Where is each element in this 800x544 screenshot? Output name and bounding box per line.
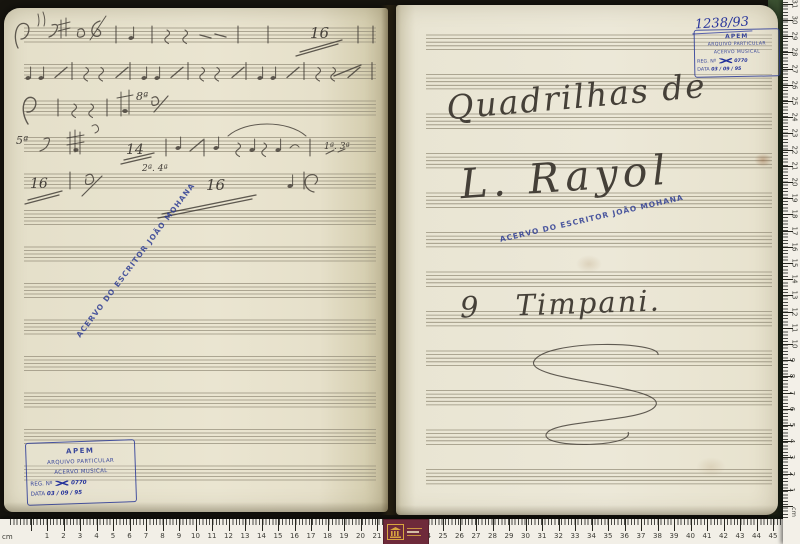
ruler-number: 15 — [274, 532, 283, 540]
ruler-tick — [47, 519, 48, 531]
stamp-line3: ACERVO MUSICAL — [697, 50, 777, 56]
notation-mark — [290, 145, 299, 148]
stamp-date-row: DATA 03 / 09 / 95 — [31, 489, 133, 498]
stamp-reg-value: 0770 — [71, 480, 87, 487]
ruler-number: 23 — [790, 129, 798, 138]
ruler-number: 35 — [604, 532, 613, 540]
ruler-number: 16 — [290, 532, 299, 540]
ruler-number: 39 — [670, 532, 679, 540]
ruler-tick — [163, 519, 164, 531]
ruler-number: 32 — [554, 532, 563, 540]
ruler-number: 6 — [788, 407, 796, 411]
ruler-number: 10 — [790, 340, 798, 349]
ruler-tick — [509, 519, 510, 531]
ruler-number: 27 — [472, 532, 481, 540]
ruler-unit-label: cm — [2, 533, 13, 541]
stamp-line2: ARQUIVO PARTICULAR — [30, 458, 132, 467]
stamp-date-value: 03 / 09 / 95 — [711, 67, 741, 73]
notation-mark — [121, 157, 151, 164]
notation-mark — [262, 143, 267, 157]
notation-label: 1ª. 3ª — [324, 142, 350, 152]
notation-label: 16 — [206, 176, 225, 194]
ruler-number: 21 — [373, 532, 382, 540]
logo-text-lines — [407, 528, 422, 537]
ruler-tick — [146, 519, 147, 531]
right-page: Quadrilhas de L. Rayol 9 Timpani. 1238/9… — [396, 5, 778, 515]
notation-mark — [55, 67, 67, 77]
ruler-tick — [773, 519, 774, 531]
stamp-reg-value: 0770 — [734, 59, 747, 64]
ruler-tick — [311, 519, 312, 531]
archive-stamp-top-right: APEM ARQUIVO PARTICULAR ACERVO MUSICAL R… — [694, 28, 781, 77]
stamp-reg-label: REG. Nº — [697, 60, 716, 65]
ruler-number: 2 — [788, 471, 796, 475]
scribble-strike — [55, 480, 68, 485]
stamp-date-row: DATA 03 / 09 / 95 — [697, 66, 777, 72]
notation-mark — [116, 67, 128, 77]
notation-mark — [15, 23, 29, 48]
notation-mark — [331, 68, 336, 82]
ruler-tick — [707, 519, 708, 531]
ruler-number: 9 — [788, 358, 796, 362]
ruler-tick — [361, 519, 362, 531]
stamp-reg-row: REG. Nº 0770 — [30, 478, 132, 488]
ruler-number: 1 — [45, 532, 49, 540]
ruler-number: 1 — [788, 488, 796, 492]
ruler-tick — [443, 519, 444, 531]
ruler-number: 45 — [769, 532, 778, 540]
ruler-number: 5 — [788, 423, 796, 427]
ruler-number: 22 — [790, 145, 798, 154]
ruler-number: 38 — [653, 532, 662, 540]
ruler-unit-label: cm — [790, 507, 798, 517]
ruler-number: 11 — [208, 532, 217, 540]
scribble-strike — [719, 58, 732, 63]
ruler-tick — [130, 519, 131, 531]
ruler-number: 8 — [788, 374, 796, 378]
stamp-org: APEM — [29, 447, 131, 458]
stamp-reg-row: REG. Nº 0770 — [697, 58, 777, 65]
notation-mark — [200, 68, 205, 82]
ruler-number: 20 — [356, 532, 365, 540]
gutter-shadow — [381, 5, 401, 515]
notation-mark — [58, 22, 70, 25]
notation-mark — [92, 125, 99, 133]
notation-mark — [82, 176, 102, 196]
ruler-number: 40 — [686, 532, 695, 540]
ruler-number: 5 — [111, 532, 115, 540]
ruler-number: 28 — [790, 48, 798, 57]
notation-label: 14 — [126, 142, 144, 158]
ruler-number: 24 — [790, 113, 798, 122]
ruler-number: 27 — [790, 64, 798, 73]
ruler-number: 41 — [703, 532, 712, 540]
ruler-number: 29 — [505, 532, 514, 540]
ruler-tick — [229, 519, 230, 531]
ruler-tick — [608, 519, 609, 531]
ruler-number: 26 — [455, 532, 464, 540]
ruler-number: 28 — [488, 532, 497, 540]
stamp-reg-label: REG. Nº — [30, 481, 52, 488]
ruler-number: 7 — [788, 390, 796, 394]
notation-mark — [190, 140, 203, 151]
notation-mark — [58, 28, 70, 31]
notation-label: 16 — [30, 176, 48, 192]
manuscript-scan: 168ª5ª14162ª. 4ª161ª. 3ª ACERVO DO ESCRI… — [0, 0, 800, 544]
ruler-number: 16 — [790, 242, 798, 251]
notation-mark — [99, 68, 104, 82]
notation-mark — [165, 30, 170, 44]
ruler-number: 20 — [790, 178, 798, 187]
ruler-tick — [542, 519, 543, 531]
stamp-date-value: 03 / 09 / 95 — [47, 490, 82, 497]
ruler-number: 25 — [439, 532, 448, 540]
notation-label: 2ª. 4ª — [142, 164, 168, 174]
notation-mark — [296, 44, 338, 56]
notation-mark — [236, 143, 241, 157]
ruler-number: 11 — [790, 323, 798, 332]
ruler-number: 21 — [790, 161, 798, 170]
notation-mark — [92, 21, 101, 36]
apem-logo — [384, 520, 428, 544]
ruler-number: 34 — [587, 532, 596, 540]
ruler-number: 6 — [127, 532, 131, 540]
left-page-staves — [4, 8, 388, 512]
ruler-tick — [377, 519, 378, 531]
ruler-tick — [740, 519, 741, 531]
ruler-number: 13 — [241, 532, 250, 540]
ruler-number: 18 — [323, 532, 332, 540]
notation-mark — [38, 12, 45, 26]
ruler-tick — [724, 519, 725, 531]
ruler-number: 4 — [94, 532, 98, 540]
notation-label: 5ª — [16, 134, 28, 147]
ruler-number: 7 — [144, 532, 148, 540]
note-head — [73, 148, 78, 152]
ruler-tick — [783, 506, 793, 507]
ruler-number: 13 — [790, 291, 798, 300]
ruler-tick — [641, 519, 642, 531]
ruler-tick — [278, 519, 279, 531]
ruler-tick — [526, 519, 527, 531]
ruler-tick — [575, 519, 576, 531]
notation-mark — [348, 67, 360, 77]
ruler-tick — [212, 519, 213, 531]
ruler-number: 3 — [78, 532, 82, 540]
ruler-number: 42 — [719, 532, 728, 540]
ruler-number: 14 — [257, 532, 266, 540]
notation-mark — [200, 35, 211, 38]
notation-label: 16 — [310, 24, 329, 42]
ruler-number: 14 — [790, 275, 798, 284]
notation-mark — [215, 68, 220, 82]
notation-mark — [316, 68, 321, 82]
ruler-number: 31 — [790, 0, 798, 8]
ruler-tick — [97, 519, 98, 531]
ruler-number: 37 — [637, 532, 646, 540]
ruler-number: 18 — [790, 210, 798, 219]
ruler-number: 43 — [736, 532, 745, 540]
ruler-tick — [757, 519, 758, 531]
ruler-tick — [625, 519, 626, 531]
ruler-number: 19 — [340, 532, 349, 540]
ruler-number: 3 — [788, 455, 796, 459]
ruler-number: 44 — [752, 532, 761, 540]
stamp-date-label: DATA — [697, 68, 709, 73]
ruler-tick — [328, 519, 329, 531]
notation-mark — [183, 30, 188, 44]
ruler-number: 17 — [307, 532, 316, 540]
ruler-tick — [64, 519, 65, 531]
ruler-tick — [658, 519, 659, 531]
ruler-tick — [262, 519, 263, 531]
ruler-number: 25 — [790, 97, 798, 106]
left-page: 168ª5ª14162ª. 4ª161ª. 3ª ACERVO DO ESCRI… — [4, 8, 388, 512]
notation-mark — [72, 104, 77, 118]
ruler-tick — [245, 519, 246, 531]
ruler-number: 4 — [788, 439, 796, 443]
notation-mark — [117, 95, 133, 98]
note-head — [122, 109, 128, 113]
ruler-number: 8 — [160, 532, 164, 540]
ruler-number: 36 — [620, 532, 629, 540]
ruler-tick — [344, 519, 345, 531]
ruler-tick — [559, 519, 560, 531]
ruler-tick — [31, 519, 32, 531]
ruler-number: 33 — [571, 532, 580, 540]
ruler-number: 29 — [790, 32, 798, 41]
notation-mark — [89, 104, 94, 118]
ruler-tick — [179, 519, 180, 531]
ruler-number: 9 — [177, 532, 181, 540]
ruler-number: 12 — [790, 307, 798, 316]
ruler-number: 31 — [538, 532, 547, 540]
notation-label: 8ª — [136, 90, 148, 103]
notation-mark — [171, 67, 183, 77]
ruler-tick — [674, 519, 675, 531]
stamp-line2: ARQUIVO PARTICULAR — [697, 42, 777, 48]
ruler-number: 30 — [790, 16, 798, 25]
ruler-tick — [295, 519, 296, 531]
ruler-tick — [476, 519, 477, 531]
ruler-number: 19 — [790, 194, 798, 203]
ruler-number: 10 — [191, 532, 200, 540]
ruler-tick — [592, 519, 593, 531]
ruler-number: 26 — [790, 80, 798, 89]
title-line-3: 9 Timpani. — [459, 284, 661, 325]
notation-mark — [228, 124, 306, 136]
stamp-date-label: DATA — [31, 491, 46, 497]
building-icon — [387, 524, 404, 540]
ruler-tick — [691, 519, 692, 531]
notation-mark — [84, 68, 89, 82]
notation-mark — [287, 67, 299, 77]
ruler-tick — [493, 519, 494, 531]
ruler-tick — [113, 519, 114, 531]
stamp-org: APEM — [697, 33, 777, 41]
notation-mark — [232, 67, 244, 77]
notation-mark — [154, 96, 168, 112]
stamp-line3: ACERVO MUSICAL — [30, 468, 132, 477]
vertical-ruler: cm 1234567891011121314151617181920212223… — [783, 0, 800, 544]
ruler-number: 30 — [521, 532, 530, 540]
ruler-tick — [80, 519, 81, 531]
ruler-tick — [460, 519, 461, 531]
archive-stamp-bottom-left: APEM ARQUIVO PARTICULAR ACERVO MUSICAL R… — [25, 439, 137, 506]
ruler-number: 12 — [224, 532, 233, 540]
notation-mark — [77, 29, 84, 37]
ruler-tick — [196, 519, 197, 531]
ruler-number: 17 — [790, 226, 798, 235]
notation-mark — [215, 34, 226, 37]
notation-mark — [86, 174, 94, 184]
ruler-number: 2 — [61, 532, 65, 540]
ruler-number: 15 — [790, 259, 798, 268]
